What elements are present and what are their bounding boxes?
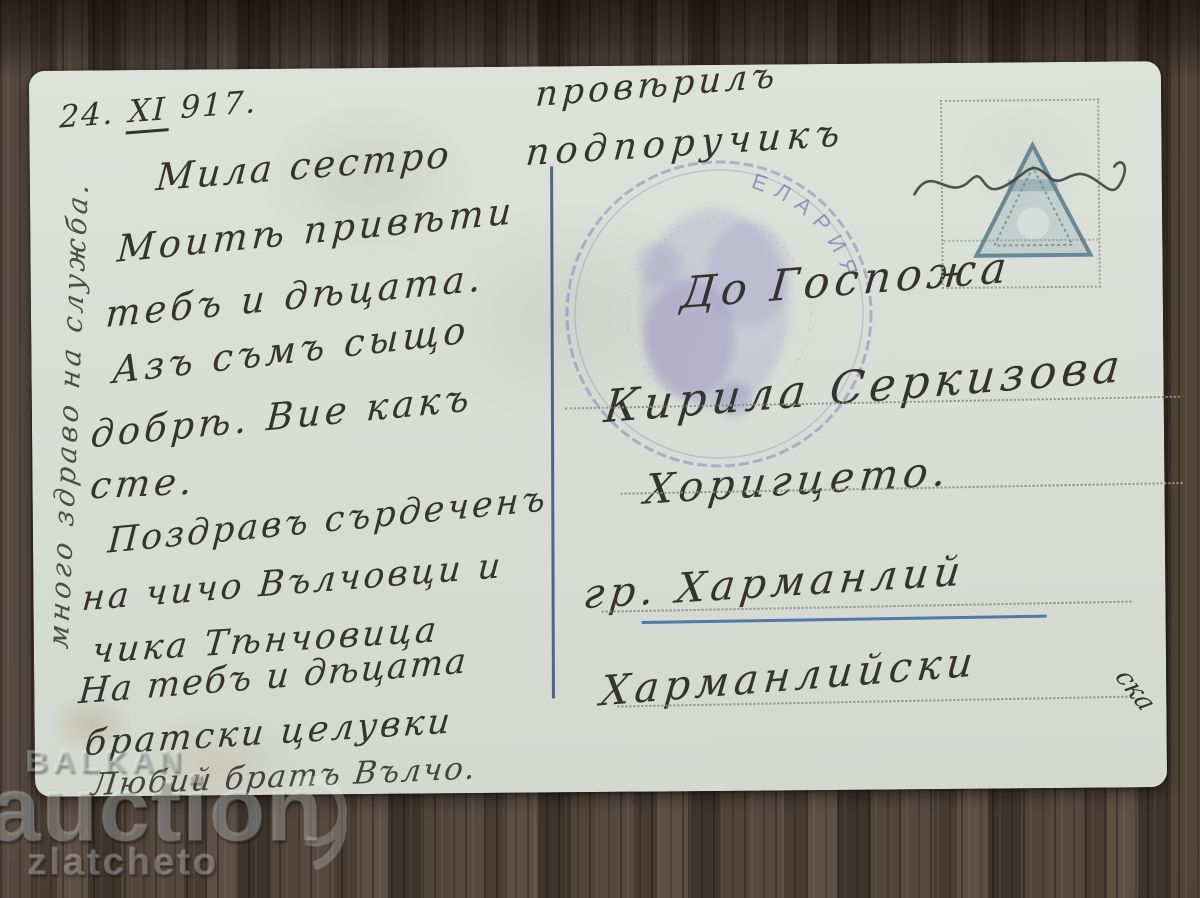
date: 24. XI 917. bbox=[59, 84, 258, 136]
date-day: 24. bbox=[59, 95, 115, 136]
censor-signature bbox=[910, 145, 1141, 217]
watermark-site: zlatcheto bbox=[28, 842, 220, 885]
address-line-suffix: ска bbox=[1108, 665, 1162, 716]
address-underline-blue bbox=[642, 615, 1047, 624]
postcard: ЕЛАРИЯ провѣрилъ подпоручикъ 24. XI 917.… bbox=[29, 61, 1167, 797]
censor-note-line1: провѣрилъ bbox=[534, 56, 780, 115]
date-year: 917. bbox=[180, 84, 258, 126]
date-month: XI bbox=[126, 91, 169, 135]
message-line: Мила сестро bbox=[154, 133, 453, 200]
message-line: сте. bbox=[88, 460, 198, 508]
auction-photo: ЕЛАРИЯ провѣрилъ подпоручикъ 24. XI 917.… bbox=[0, 0, 1200, 898]
gavel-icon bbox=[284, 772, 354, 872]
gavel-icon-stroke bbox=[298, 780, 343, 866]
censor-signature-stroke bbox=[914, 162, 1125, 195]
